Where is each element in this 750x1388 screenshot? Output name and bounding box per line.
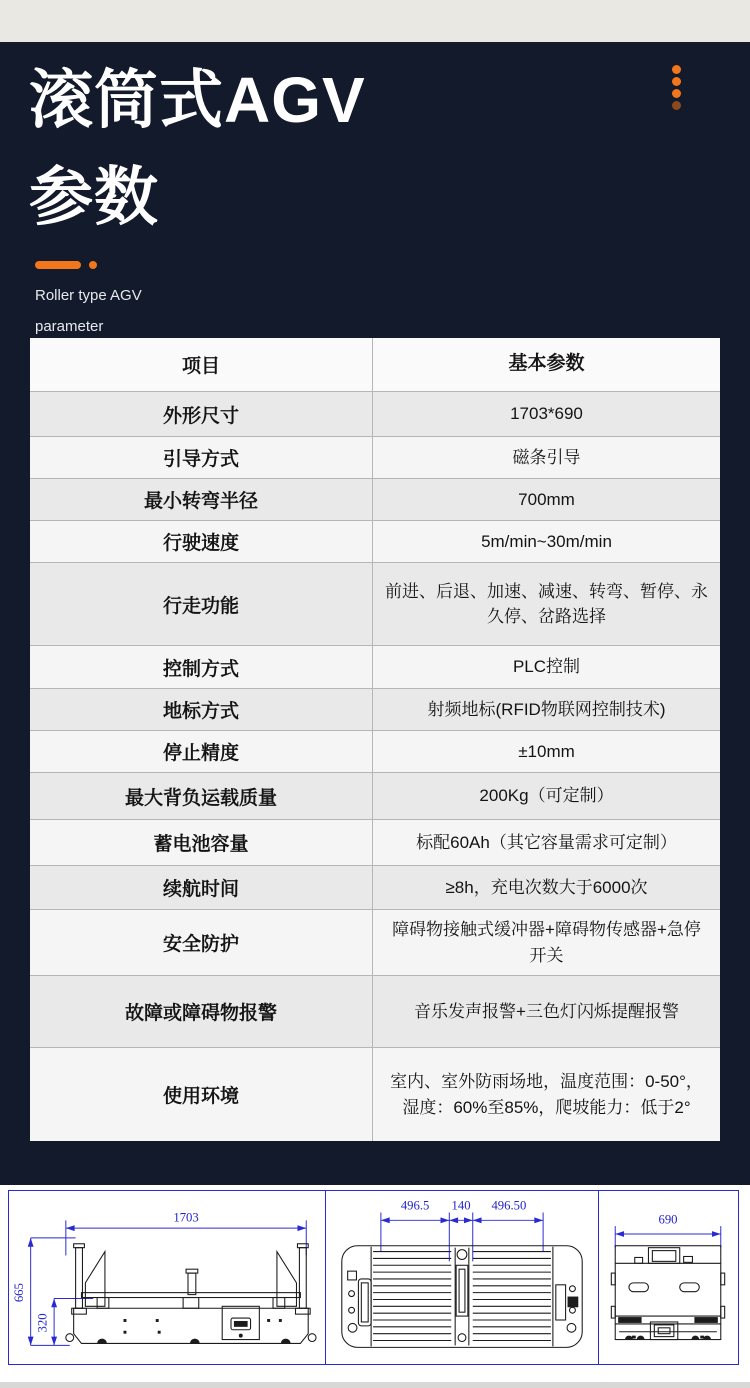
param-name-cell: 故障或障碍物报警 bbox=[30, 976, 373, 1047]
table-row: 外形尺寸 1703*690 bbox=[30, 392, 720, 437]
param-name-cell: 控制方式 bbox=[30, 646, 373, 688]
top-view-svg: 496.5 140 496.50 bbox=[326, 1191, 598, 1363]
table-row: 行驶速度 5m/min~30m/min bbox=[30, 521, 720, 563]
param-value-cell: 前进、后退、加速、减速、转弯、暂停、永久停、岔路选择 bbox=[373, 563, 720, 645]
page-title-line2: 参数 bbox=[29, 149, 366, 246]
top-band bbox=[0, 0, 750, 42]
param-value-cell: ±10mm bbox=[373, 731, 720, 772]
accent-divider bbox=[35, 261, 97, 269]
orange-dot-icon bbox=[672, 65, 681, 74]
table-row: 蓄电池容量 标配60Ah（其它容量需求可定制） bbox=[30, 820, 720, 866]
param-value-cell: 标配60Ah（其它容量需求可定制） bbox=[373, 820, 720, 865]
dimension-label: 690 bbox=[658, 1212, 677, 1226]
dimension-label: 496.50 bbox=[491, 1199, 526, 1213]
param-name-cell: 使用环境 bbox=[30, 1048, 373, 1141]
table-row: 引导方式 磁条引导 bbox=[30, 437, 720, 479]
side-view-drawing: 1703 665 320 bbox=[8, 1190, 326, 1365]
param-name-cell: 最大背负运载质量 bbox=[30, 773, 373, 819]
dark-orange-dot-icon bbox=[672, 101, 681, 110]
table-row: 最大背负运载质量 200Kg（可定制） bbox=[30, 773, 720, 820]
column-header-item: 项目 bbox=[30, 338, 373, 391]
front-view-svg: 690 bbox=[599, 1191, 737, 1363]
front-view-drawing: 690 bbox=[598, 1190, 739, 1365]
accent-bar bbox=[35, 261, 81, 269]
table-row: 行走功能 前进、后退、加速、减速、转弯、暂停、永久停、岔路选择 bbox=[30, 563, 720, 646]
orange-dot-icon bbox=[672, 89, 681, 98]
table-row: 最小转弯半径 700mm bbox=[30, 479, 720, 521]
param-value-cell: 室内、室外防雨场地，温度范围：0-50°，湿度：60%至85%，爬坡能力：低于2… bbox=[373, 1048, 720, 1141]
table-row: 停止精度 ±10mm bbox=[30, 731, 720, 773]
page-title-line1: 滚筒式AGV bbox=[29, 52, 366, 149]
param-name-cell: 引导方式 bbox=[30, 437, 373, 478]
param-value-cell: 1703*690 bbox=[373, 392, 720, 436]
param-value-cell: PLC控制 bbox=[373, 646, 720, 688]
param-value-cell: 障碍物接触式缓冲器+障碍物传感器+急停开关 bbox=[373, 910, 720, 975]
table-header-row: 项目 基本参数 bbox=[30, 338, 720, 392]
table-row: 使用环境 室内、室外防雨场地，温度范围：0-50°，湿度：60%至85%，爬坡能… bbox=[30, 1048, 720, 1141]
dimension-label: 140 bbox=[451, 1199, 470, 1213]
dimension-label: 320 bbox=[35, 1313, 49, 1332]
dimension-label: 496.5 bbox=[400, 1199, 429, 1213]
table-row: 控制方式 PLC控制 bbox=[30, 646, 720, 689]
param-value-cell: 磁条引导 bbox=[373, 437, 720, 478]
dimension-label: 1703 bbox=[173, 1210, 198, 1224]
param-value-cell: 5m/min~30m/min bbox=[373, 521, 720, 562]
param-name-cell: 最小转弯半径 bbox=[30, 479, 373, 520]
param-name-cell: 停止精度 bbox=[30, 731, 373, 772]
page-subtitle: Roller type AGV parameter bbox=[35, 280, 142, 342]
param-name-cell: 安全防护 bbox=[30, 910, 373, 975]
param-value-cell: 700mm bbox=[373, 479, 720, 520]
param-name-cell: 地标方式 bbox=[30, 689, 373, 730]
side-view-svg: 1703 665 320 bbox=[9, 1191, 324, 1363]
param-name-cell: 蓄电池容量 bbox=[30, 820, 373, 865]
drawings-row: 1703 665 320 bbox=[8, 1190, 739, 1365]
param-name-cell: 行走功能 bbox=[30, 563, 373, 645]
orange-dot-icon bbox=[672, 77, 681, 86]
decorative-dots bbox=[672, 65, 681, 110]
accent-dot bbox=[89, 261, 97, 269]
page-subtitle-line1: Roller type AGV bbox=[35, 280, 142, 311]
table-row: 安全防护 障碍物接触式缓冲器+障碍物传感器+急停开关 bbox=[30, 910, 720, 976]
column-header-basic-params: 基本参数 bbox=[373, 338, 720, 391]
page-title: 滚筒式AGV 参数 bbox=[29, 52, 366, 246]
top-view-drawing: 496.5 140 496.50 bbox=[325, 1190, 600, 1365]
param-value-cell: ≥8h，充电次数大于6000次 bbox=[373, 866, 720, 909]
dimension-label: 665 bbox=[12, 1283, 26, 1302]
param-name-cell: 续航时间 bbox=[30, 866, 373, 909]
table-row: 地标方式 射频地标(RFID物联网控制技术) bbox=[30, 689, 720, 731]
bottom-strip bbox=[0, 1382, 750, 1388]
technical-drawings-section: 1703 665 320 bbox=[0, 1185, 750, 1382]
param-value-cell: 200Kg（可定制） bbox=[373, 773, 720, 819]
param-name-cell: 行驶速度 bbox=[30, 521, 373, 562]
spec-table: 项目 基本参数 外形尺寸 1703*690 引导方式 磁条引导 最小转弯半径 7… bbox=[30, 338, 720, 1141]
param-value-cell: 音乐发声报警+三色灯闪烁提醒报警 bbox=[373, 976, 720, 1047]
param-name-cell: 外形尺寸 bbox=[30, 392, 373, 436]
param-value-cell: 射频地标(RFID物联网控制技术) bbox=[373, 689, 720, 730]
table-row: 故障或障碍物报警 音乐发声报警+三色灯闪烁提醒报警 bbox=[30, 976, 720, 1048]
table-row: 续航时间 ≥8h，充电次数大于6000次 bbox=[30, 866, 720, 910]
